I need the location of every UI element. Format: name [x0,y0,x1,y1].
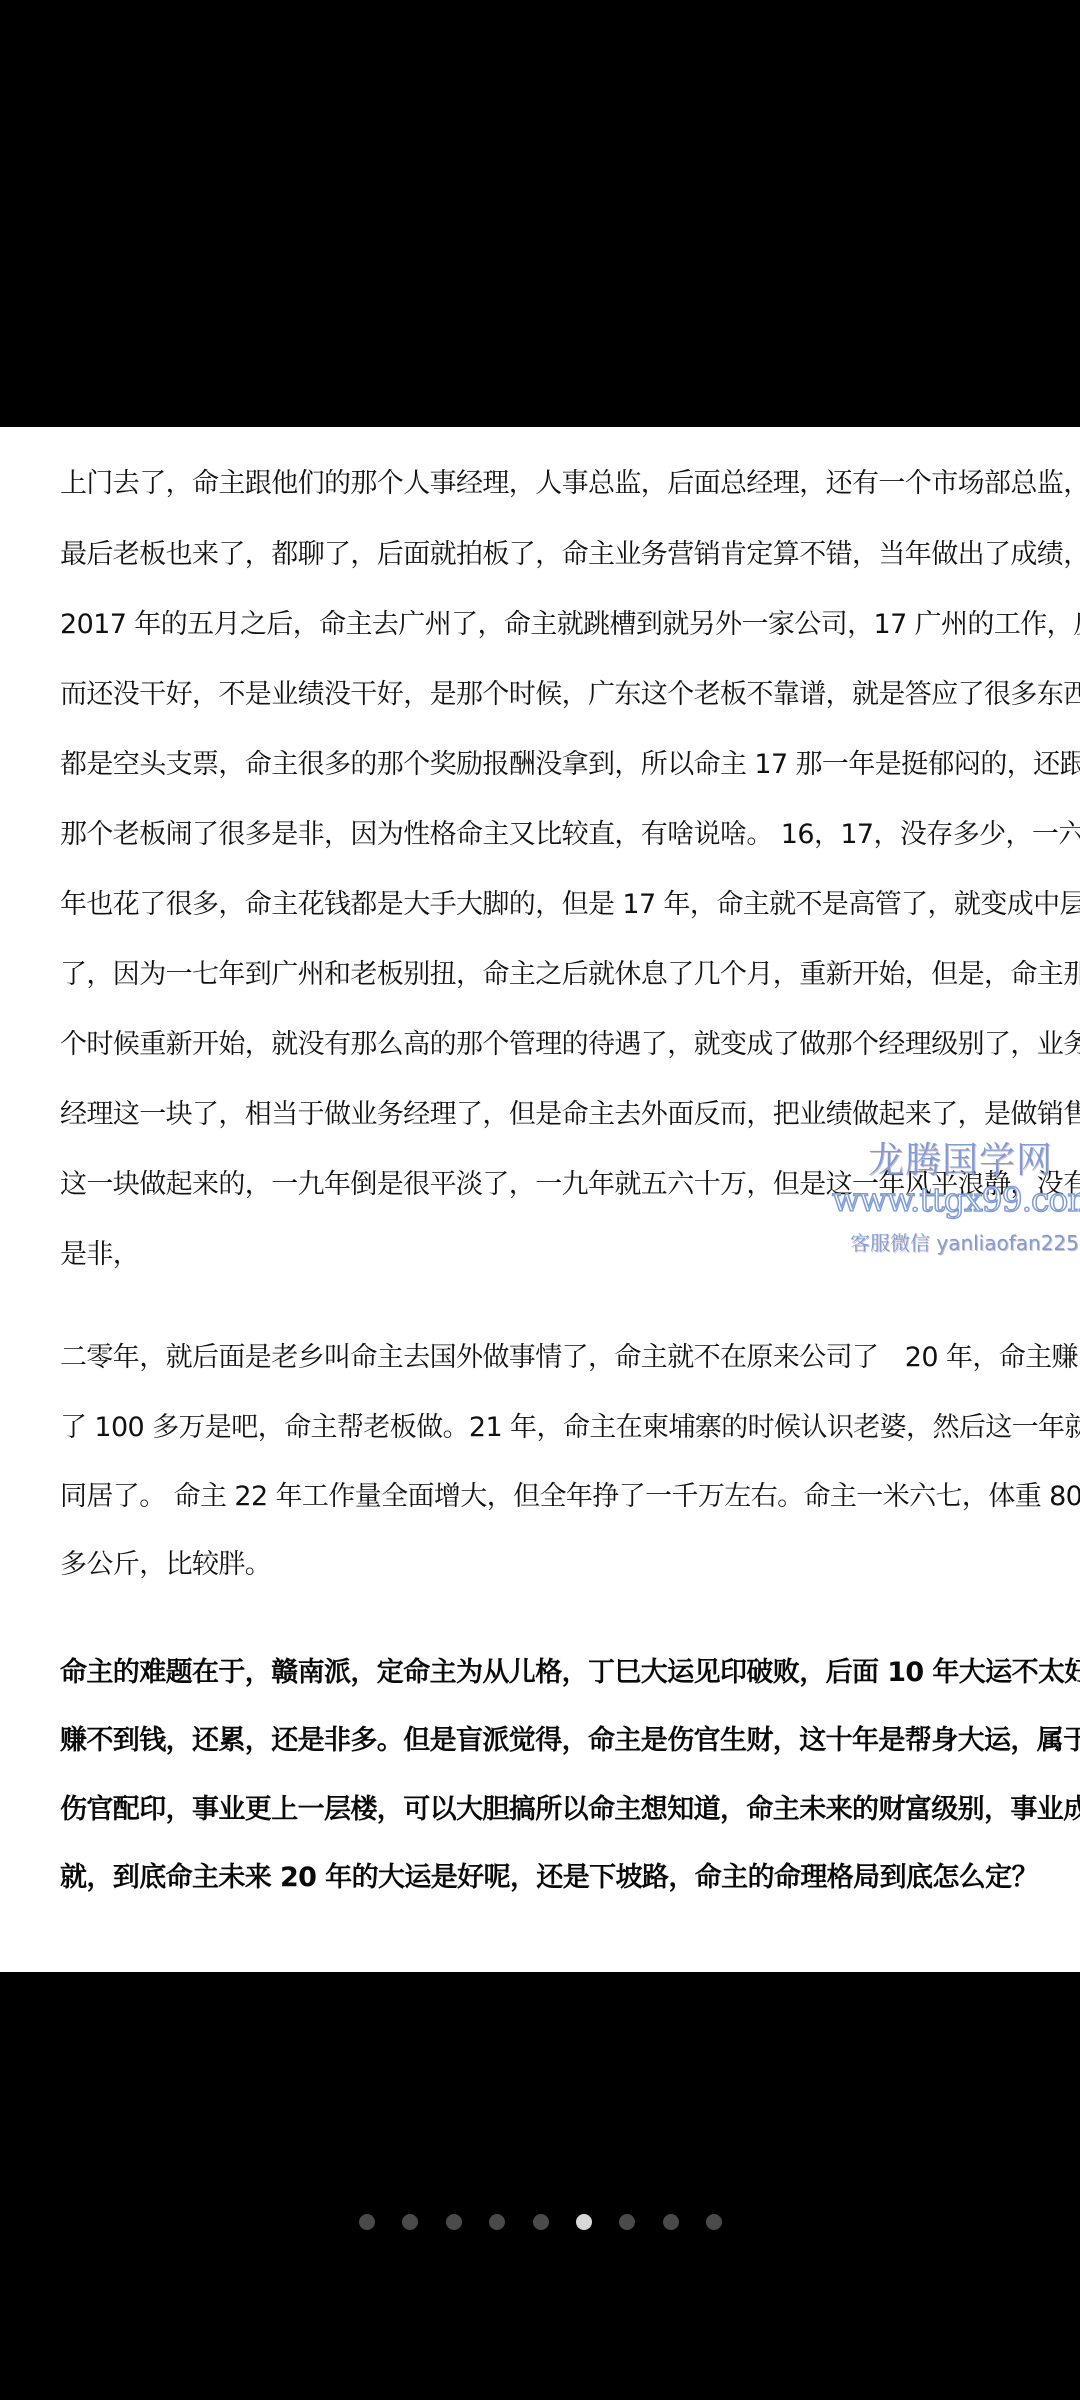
watermark-contact: 客服微信 yanliaofan225 [850,1227,1079,1256]
text-line: 了 100 多万是吧，命主帮老板做。21 年，命主在柬埔寨的时候认识老婆，然后这… [60,1408,970,1448]
watermark-title: 龙腾国学网 [868,1132,1053,1183]
text-line: 经理这一块了，相当于做业务经理了，但是命主去外面反而，把业绩做起来了，是做销售 [60,1095,970,1135]
page-dot-1[interactable] [359,2214,375,2230]
text-line: 多公斤，比较胖。 [60,1545,970,1585]
text-line: 而还没干好，不是业绩没干好，是那个时候，广东这个老板不靠谱，就是答应了很多东西， [60,675,970,715]
text-line-bold: 伤官配印，事业更上一层楼，可以大胆搞所以命主想知道，命主未来的财富级别，事业成 [60,1790,970,1830]
page-dot-7[interactable] [619,2214,635,2230]
page-dot-9[interactable] [706,2214,722,2230]
page-dot-8[interactable] [663,2214,679,2230]
text-line: 了，因为一七年到广州和老板别扭，命主之后就休息了几个月，重新开始，但是，命主那 [60,955,970,995]
text-line: 都是空头支票，命主很多的那个奖励报酬没拿到，所以命主 17 那一年是挺郁闷的，还… [60,745,970,785]
text-line: 2017 年的五月之后，命主去广州了，命主就跳槽到就另外一家公司，17 广州的工… [60,605,970,645]
text-line: 那个老板闹了很多是非，因为性格命主又比较直，有啥说啥。 16，17，没存多少，一… [60,815,970,855]
text-line: 是非， [60,1235,970,1275]
text-line: 上门去了，命主跟他们的那个人事经理，人事总监，后面总经理，还有一个市场部总监， [60,464,970,504]
image-viewer[interactable]: 上门去了，命主跟他们的那个人事经理，人事总监，后面总经理，还有一个市场部总监， … [0,0,1080,2400]
watermark-url: www.ttgx99.com [832,1180,1080,1219]
text-line: 最后老板也来了，都聊了，后面就拍板了，命主业务营销肯定算不错，当年做出了成绩， [60,535,970,575]
text-line: 二零年，就后面是老乡叫命主去国外做事情了，命主就不在原来公司了 20 年，命主赚 [60,1338,970,1378]
page-dot-4[interactable] [489,2214,505,2230]
page-dot-5[interactable] [533,2214,549,2230]
text-line-bold: 就，到底命主未来 20 年的大运是好呢，还是下坡路，命主的命理格局到底怎么定？ [60,1858,970,1898]
text-line: 个时候重新开始，就没有那么高的那个管理的待遇了，就变成了做那个经理级别了，业务 [60,1025,970,1065]
page-indicator [359,2214,722,2230]
text-line: 同居了。 命主 22 年工作量全面增大，但全年挣了一千万左右。命主一米六七，体重… [60,1477,970,1517]
page-dot-2[interactable] [402,2214,418,2230]
page-dot-3[interactable] [446,2214,462,2230]
text-line-bold: 赚不到钱，还累，还是非多。但是盲派觉得，命主是伤官生财，这十年是帮身大运，属于 [60,1721,970,1761]
page-dot-6-active[interactable] [576,2214,592,2230]
text-line-bold: 命主的难题在于，赣南派，定命主为从儿格，丁巳大运见印破败，后面 10 年大运不太… [60,1653,970,1693]
text-line: 年也花了很多，命主花钱都是大手大脚的，但是 17 年，命主就不是高管了，就变成中… [60,885,970,925]
